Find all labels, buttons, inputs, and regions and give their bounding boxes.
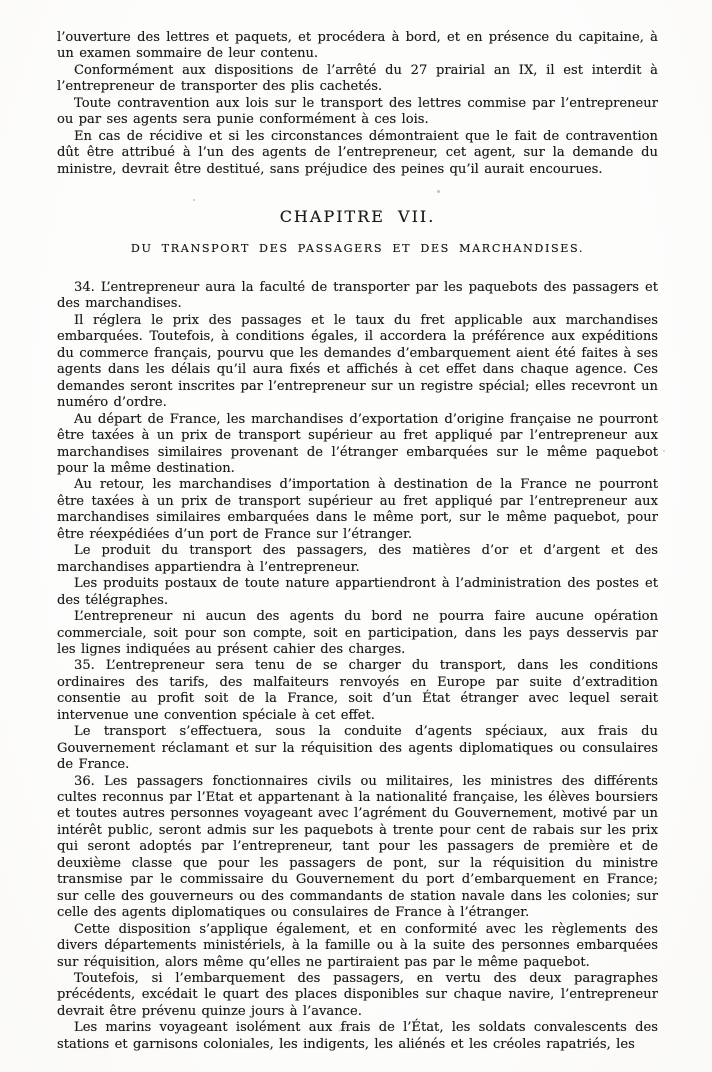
article-36-paragraph-4: Les marins voyageant isolément aux frais… xyxy=(57,1020,658,1053)
chapter-title: CHAPITRE VII. xyxy=(57,209,658,225)
chapter-subtitle: DU TRANSPORT DES PASSAGERS ET DES MARCHA… xyxy=(57,241,658,257)
article-36-paragraph-1: 36. Les passagers fonctionnaires civils … xyxy=(57,774,658,922)
intro-paragraph-3: Toute contravention aux lois sur le tran… xyxy=(57,96,658,129)
article-36-paragraph-3: Toutefois, si l’embarquement des passage… xyxy=(57,971,658,1020)
intro-paragraph-2: Conformément aux dispositions de l’arrêt… xyxy=(57,63,658,96)
article-34-paragraph-1: 34. L’entrepreneur aura la faculté de tr… xyxy=(57,280,658,313)
page-text-block: l’ouverture des lettres et paquets, et p… xyxy=(57,30,658,1053)
article-35-paragraph-2: Le transport s’effectuera, sous la condu… xyxy=(57,724,658,773)
scanned-document-page: l’ouverture des lettres et paquets, et p… xyxy=(0,0,712,1072)
ink-speck xyxy=(193,199,195,201)
article-34-paragraph-3: Au départ de France, les marchandises d’… xyxy=(57,412,658,478)
ink-speck xyxy=(437,190,440,193)
intro-paragraph-1: l’ouverture des lettres et paquets, et p… xyxy=(57,30,658,63)
article-34-paragraph-4: Au retour, les marchandises d’importatio… xyxy=(57,477,658,543)
article-35-paragraph-1: 35. L’entrepreneur sera tenu de se charg… xyxy=(57,658,658,724)
article-34-paragraph-2: Il réglera le prix des passages et le ta… xyxy=(57,313,658,412)
article-34-paragraph-5: Le produit du transport des passagers, d… xyxy=(57,543,658,576)
article-34-paragraph-6: Les produits postaux de toute nature app… xyxy=(57,576,658,609)
article-36-paragraph-2: Cette disposition s’applique également, … xyxy=(57,922,658,971)
ink-speck xyxy=(663,450,665,452)
intro-paragraph-4: En cas de récidive et si les circonstanc… xyxy=(57,129,658,178)
article-34-paragraph-7: L’entrepreneur ni aucun des agents du bo… xyxy=(57,609,658,658)
